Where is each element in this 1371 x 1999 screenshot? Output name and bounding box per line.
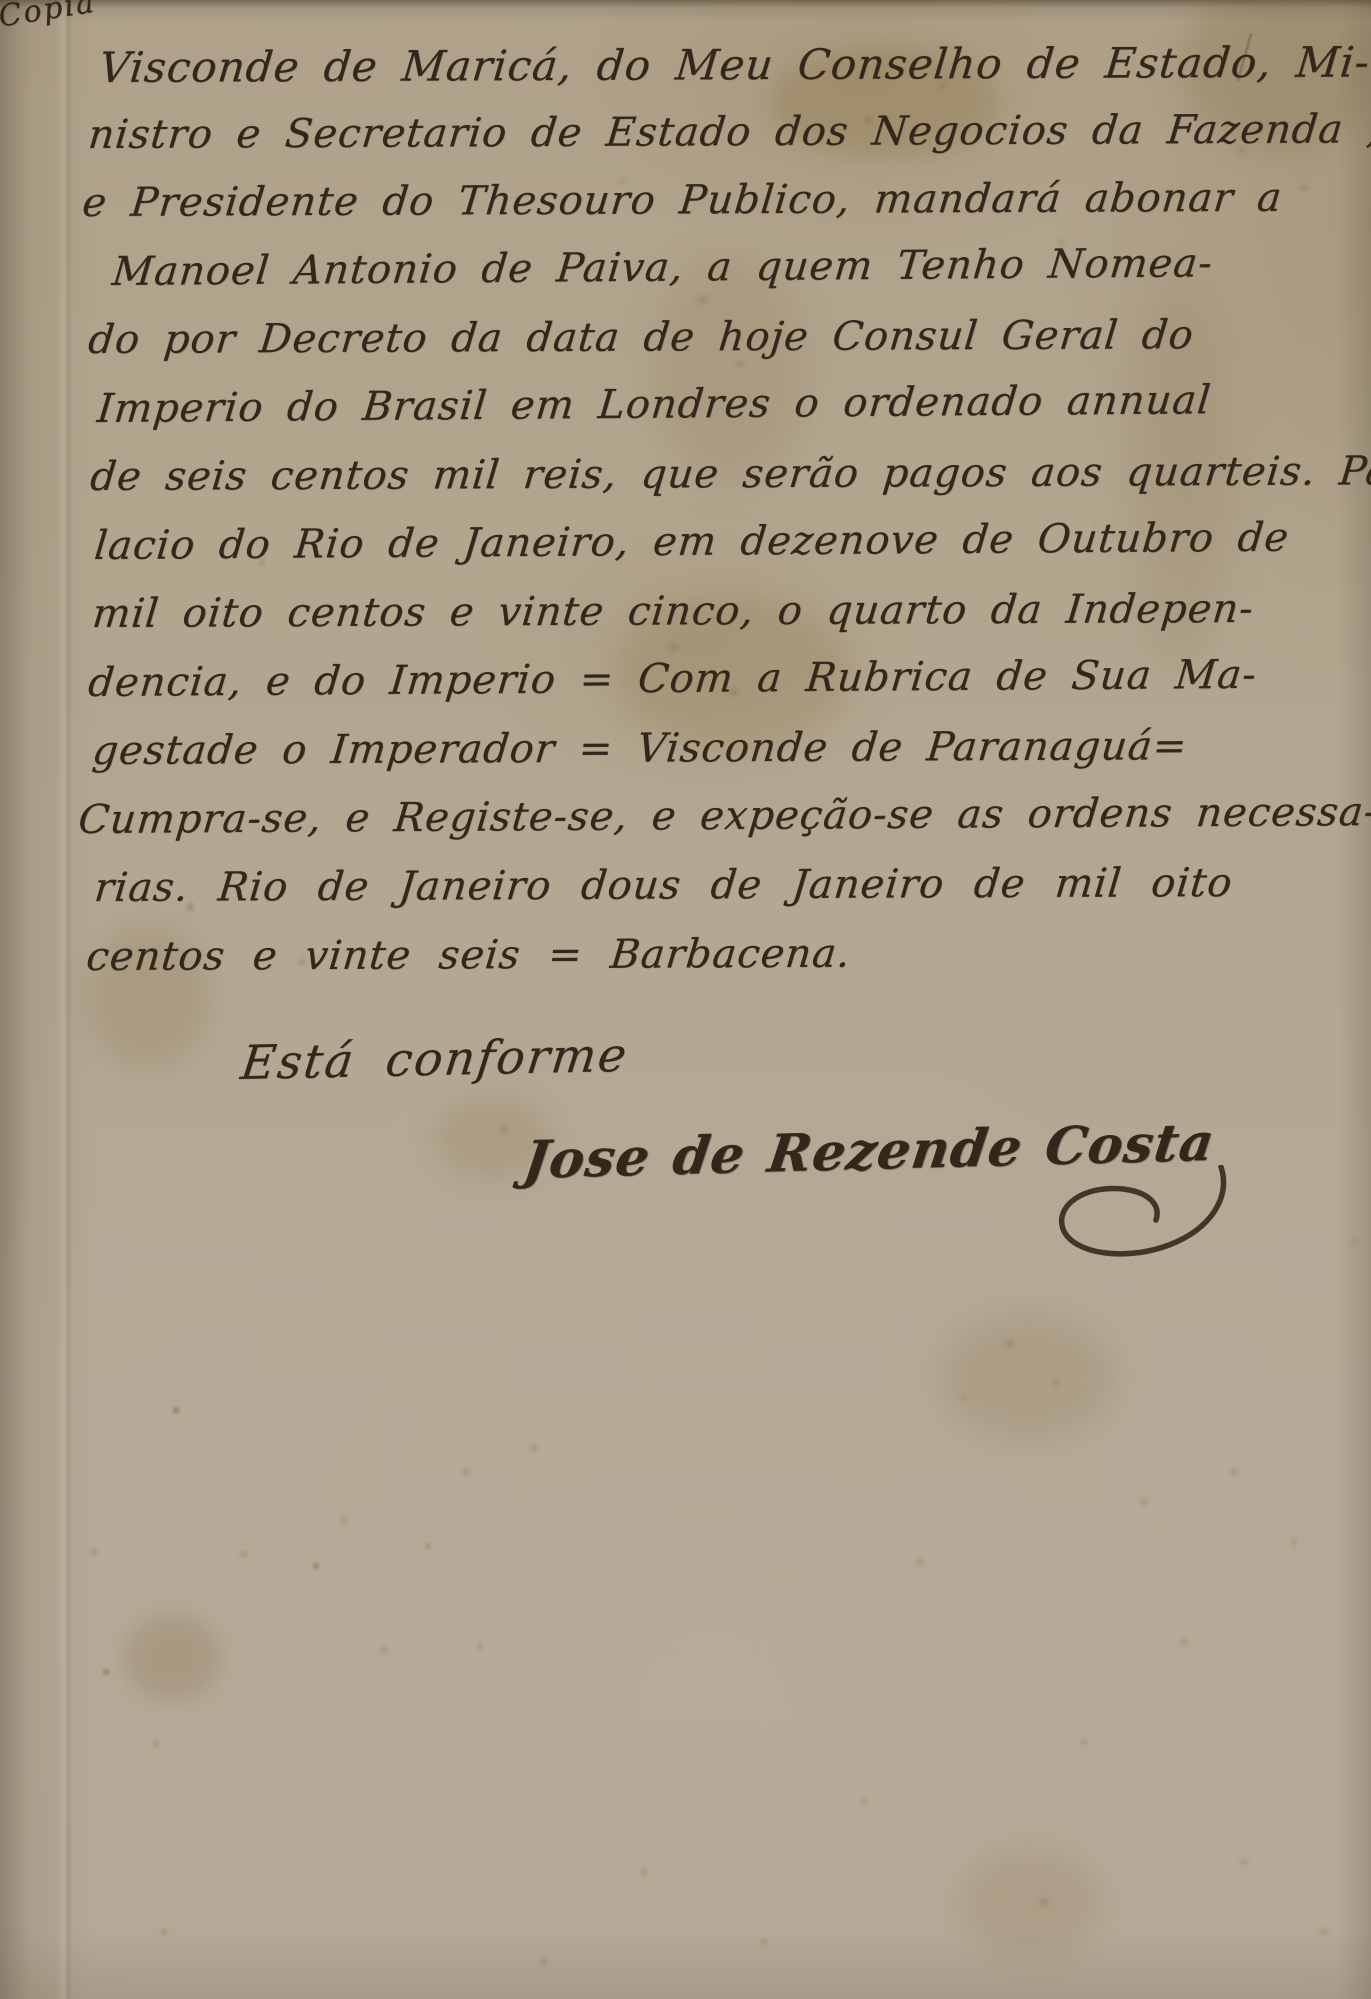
manuscript-page: Copia Visconde de Maricá, do Meu Conselh…: [0, 0, 1371, 1999]
handwritten-line: Manoel Antonio de Paiva, a quem Tenho No…: [108, 239, 1371, 317]
handwritten-line: nistro e Secretario de Estado dos Negoci…: [84, 106, 1371, 180]
signature-flourish: [1035, 1165, 1245, 1300]
handwritten-line: rias. Rio de Janeiro dous de Janeiro de …: [90, 859, 1371, 933]
handwritten-line: mil oito centos e vinte cinco, o quarto …: [88, 585, 1371, 659]
handwritten-line: de seis centos mil reis, que serão pagos…: [86, 448, 1371, 522]
handwritten-line: Visconde de Maricá, do Meu Conselho de E…: [95, 37, 1371, 111]
document-body: Visconde de Maricá, do Meu Conselho de E…: [0, 43, 1371, 1002]
paper-stain: [125, 1615, 220, 1700]
attestation-line: Está conforme: [238, 1028, 631, 1091]
handwritten-line: Imperio do Brasil em Londres o ordenado …: [93, 375, 1371, 454]
paper-stain: [940, 1315, 1115, 1440]
handwritten-line: lacio do Rio de Janeiro, em dezenove de …: [90, 514, 1371, 591]
handwritten-line: do por Decreto da data de hoje Consul Ge…: [84, 311, 1371, 385]
handwritten-line: gestade o Imperador = Visconde de Parana…: [88, 722, 1371, 796]
handwritten-line: dencia, e do Imperio = Com a Rubrica de …: [84, 651, 1371, 728]
copy-label: Copia: [0, 0, 98, 35]
handwritten-line: e Presidente do Thesouro Publico, mandar…: [78, 174, 1371, 248]
handwritten-line: Cumpra-se, e Registe-se, e expeção-se as…: [74, 789, 1371, 865]
handwritten-line: centos e vinte seis = Barbacena.: [82, 928, 1371, 1002]
paper-stain: [960, 1850, 1100, 1955]
